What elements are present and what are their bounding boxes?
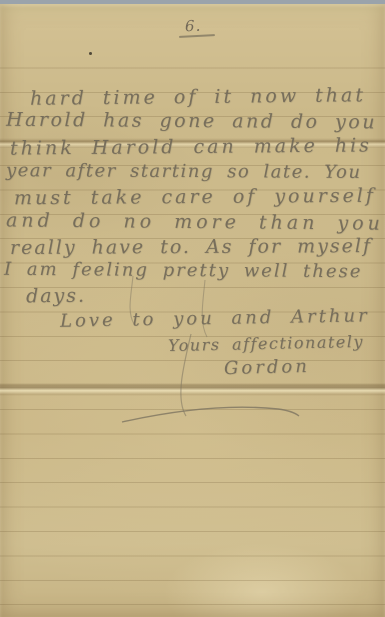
handwriting-line: hard time of it now that [30, 84, 366, 110]
handwriting-signature: Gordon [224, 356, 310, 379]
scanned-letter-page: 6. hard time of it now that Harold has g… [0, 0, 385, 617]
letter-paper: 6. hard time of it now that Harold has g… [0, 4, 385, 617]
handwriting-line: year after starting so late. You [6, 160, 362, 183]
handwriting-line: must take care of yourself [14, 185, 376, 210]
handwriting-line: and do no more than you [6, 209, 384, 234]
handwriting-line: think Harold can make his [10, 134, 372, 159]
handwriting-line: days. [26, 285, 86, 308]
handwriting-line: really have to. As for myself [10, 235, 372, 259]
handwriting-line: I am feeling pretty well these [4, 259, 363, 283]
handwriting-line: Harold has gone and do you [6, 109, 377, 134]
page-number: 6. [185, 17, 202, 36]
paper-speck [89, 52, 92, 55]
fold-crease-lower [0, 383, 385, 396]
